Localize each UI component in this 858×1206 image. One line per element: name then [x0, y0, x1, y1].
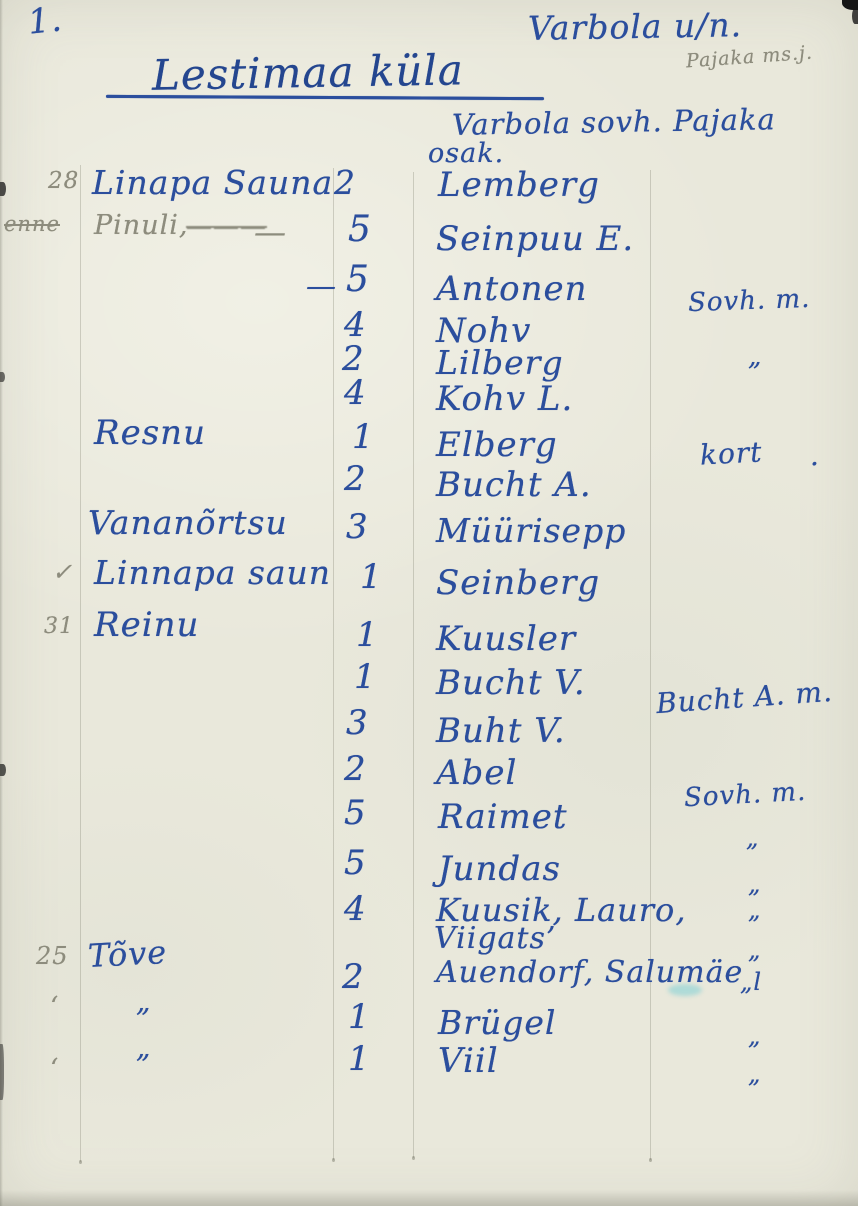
row-count: 1 — [354, 660, 377, 694]
org-line1: Varbola sovh. Pajaka — [452, 105, 776, 140]
row-dash: — — [254, 216, 287, 248]
row-name: Tõve — [87, 936, 168, 972]
row-resident: Kuusler — [436, 622, 576, 656]
row-resident: Bucht A. — [436, 468, 592, 502]
row-note-period: . — [810, 442, 820, 470]
row-name: Resnu — [94, 416, 206, 450]
row-resident: Kohv L. — [436, 382, 573, 416]
scan-speck — [852, 8, 858, 24]
column-rule-3 — [413, 172, 414, 1158]
row-margin: enne — [4, 214, 60, 235]
column-rule-left — [80, 165, 81, 1162]
row-note-ditto: „ — [748, 344, 762, 370]
row-count: 2 — [344, 462, 367, 496]
row-name: Reinu — [94, 608, 199, 642]
row-count: 4 — [344, 376, 367, 410]
row-note-ditto: „ — [748, 898, 761, 922]
row-count: 3 — [346, 510, 369, 544]
row-count: 2 — [342, 960, 365, 994]
row-resident: Seinberg — [436, 566, 600, 600]
org-line2: osak. — [428, 140, 504, 167]
row-resident-line2: Viigats’ — [434, 924, 556, 954]
row-note: Sovh. m. — [683, 779, 807, 811]
row-note-ditto: „ — [746, 826, 759, 850]
row-margin: 31 — [44, 616, 74, 638]
row-note: kort — [699, 438, 763, 469]
row-note-ditto: „ — [748, 1062, 761, 1086]
row-note-ditto: „ — [748, 1024, 761, 1048]
row-resident: Bucht V. — [436, 666, 586, 700]
row-margin-ditto: ‘ — [50, 994, 59, 1020]
row-resident: Lilberg — [436, 346, 564, 379]
scan-bottom-edge — [0, 1190, 858, 1206]
row-count: 1 — [360, 560, 383, 594]
scan-left-edge — [0, 0, 3, 1206]
row-margin: 28 — [48, 170, 79, 193]
row-resident: Lemberg — [438, 168, 600, 202]
row-note: Bucht A. m. — [655, 678, 833, 718]
row-count: 5 — [344, 846, 367, 880]
row-count: 2 — [334, 166, 356, 199]
row-margin: 25 — [36, 944, 69, 968]
heading-district: Varbola u/n. — [528, 8, 743, 45]
row-count: 1 — [356, 618, 379, 652]
row-name: Linnapa saun — [94, 556, 331, 589]
column-rule-4 — [650, 170, 651, 1160]
row-resident: Seinpuu E. — [436, 222, 634, 256]
row-count: 5 — [348, 212, 372, 248]
page-title: Lestimaa küla — [152, 49, 465, 96]
row-count: 5 — [346, 262, 370, 298]
row-checkmark: ✓ — [52, 560, 73, 584]
row-count: 4 — [344, 892, 367, 926]
row-count: 1 — [352, 420, 375, 454]
scanned-page: 1. Varbola u/n. Pajaka ms.j. Lestimaa kü… — [0, 0, 858, 1206]
row-count: 1 — [348, 1042, 371, 1076]
column-rule-2 — [333, 168, 334, 1160]
row-note-ditto: „ — [748, 872, 761, 896]
row-name: Linapa Sauna — [92, 166, 333, 199]
row-note-ditto: „l — [740, 970, 762, 994]
row-margin-ditto: ‘ — [50, 1056, 59, 1082]
row-resident: Buht V. — [436, 714, 566, 748]
heading-district-pencil: Pajaka ms.j. — [685, 44, 813, 72]
row-count: 3 — [346, 706, 369, 740]
row-name-ditto: „ — [136, 988, 152, 1016]
row-name: Pinuli, — [94, 212, 188, 239]
page-number: 1. — [26, 2, 64, 39]
row-note-ditto: „ — [748, 938, 761, 962]
row-count: 2 — [342, 342, 365, 376]
row-resident: Abel — [436, 756, 517, 790]
row-resident: Elberg — [436, 428, 558, 462]
row-resident: Auendorf, Salumäe — [436, 958, 743, 988]
row-resident: Brügel — [438, 1006, 557, 1039]
row-name-ditto: „ — [136, 1034, 152, 1062]
ink-smudge — [668, 984, 702, 996]
row-name: Vananõrtsu — [88, 506, 288, 539]
row-note: Sovh. m. — [688, 286, 811, 316]
row-count: 5 — [344, 796, 367, 830]
row-resident: Antonen — [436, 272, 588, 306]
row-count: 4 — [344, 308, 367, 342]
row-dash: — — [306, 272, 337, 302]
row-count: 1 — [348, 1000, 371, 1034]
row-resident: Jundas — [438, 852, 561, 886]
row-count: 2 — [344, 752, 367, 786]
row-resident: Viil — [438, 1044, 499, 1078]
row-resident: Raimet — [438, 800, 568, 834]
row-resident: Müürisepp — [436, 514, 626, 547]
